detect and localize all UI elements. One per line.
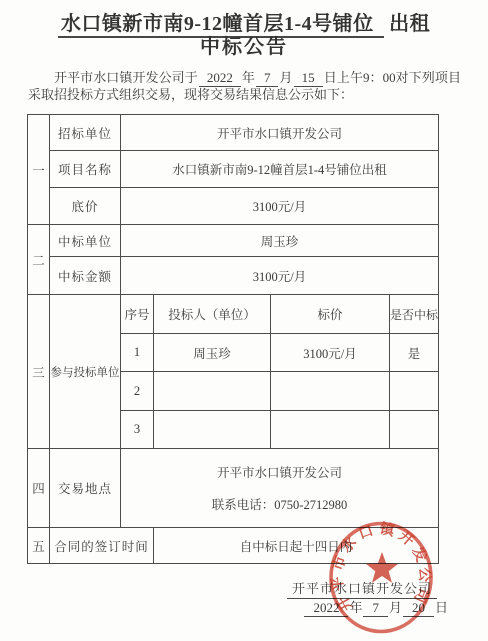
tender-unit-label: 招标单位 — [50, 115, 121, 151]
bidder-2-price — [271, 372, 390, 411]
signature-company: 开平市水口镇开发公司 — [287, 578, 437, 599]
intro-year-value: 2022 — [199, 70, 241, 87]
intro-paragraph: 开平市水口镇开发公司于2022年7月15日上午9：00对下列项目采取招投标方式组… — [28, 70, 461, 103]
intro-day-value: 15 — [294, 70, 323, 87]
signature-day-value: 20 — [403, 600, 434, 617]
section-number-1: 一 — [28, 115, 50, 225]
intro-year-unit: 年 — [242, 70, 255, 85]
signature-month-value: 7 — [363, 600, 388, 617]
contract-signing-time-label: 合同的签订时间 — [50, 528, 154, 564]
signature-day-unit: 日 — [435, 600, 448, 615]
title-project-name: 水口镇新市南9-12幢首层1-4号铺位 — [58, 13, 384, 38]
title-lease-word: 出租 — [389, 13, 430, 35]
tender-unit-value: 开平市水口镇开发公司 — [121, 115, 439, 151]
base-price-label: 底价 — [50, 188, 121, 225]
bid-result-table: 一 招标单位 开平市水口镇开发公司 项目名称 水口镇新市南9-12幢首层1-4号… — [27, 114, 439, 564]
section-number-2: 二 — [28, 225, 50, 295]
section-number-4: 四 — [28, 449, 50, 528]
trade-location-value: 开平市水口镇开发公司 联系电话：0750-2712980 — [121, 449, 439, 528]
project-name-value: 水口镇新市南9-12幢首层1-4号铺位出租 — [121, 151, 439, 188]
trade-location-phone: 联系电话：0750-2712980 — [121, 495, 438, 513]
signature-year-value: 2022 — [304, 600, 348, 617]
table-row: 五 合同的签订时间 自中标日起十四日内 — [28, 528, 439, 564]
table-row: 二 中标单位 周玉珍 — [28, 225, 439, 257]
section-number-3: 三 — [28, 295, 50, 449]
title-line1: 水口镇新市南9-12幢首层1-4号铺位 出租 — [0, 13, 488, 36]
bidder-3-no: 3 — [121, 411, 154, 449]
bidders-header-win: 是否中标 — [390, 295, 439, 334]
table-row: 项目名称 水口镇新市南9-12幢首层1-4号铺位出租 — [28, 151, 439, 188]
table-row: 一 招标单位 开平市水口镇开发公司 — [28, 115, 439, 151]
title-line2: 中标公告 — [0, 36, 488, 59]
winner-unit-value: 周玉珍 — [121, 225, 439, 257]
bidders-header-no: 序号 — [121, 295, 154, 334]
bidder-2-no: 2 — [121, 372, 154, 411]
table-row: 底价 3100元/月 — [28, 188, 439, 225]
section-number-5: 五 — [28, 528, 50, 564]
bidder-1-no: 1 — [121, 334, 154, 372]
table-row: 四 交易地点 开平市水口镇开发公司 联系电话：0750-2712980 — [28, 449, 439, 528]
signature-year-unit: 年 — [349, 600, 362, 615]
intro-text-start: 开平市水口镇开发公司于 — [54, 70, 198, 85]
intro-month-value: 7 — [256, 70, 279, 87]
table-row: 中标金额 3100元/月 — [28, 257, 439, 295]
bidders-section-label: 参与投标单位 — [50, 295, 121, 449]
bid-announcement-document: 水口镇新市南9-12幢首层1-4号铺位 出租 中标公告 开平市水口镇开发公司于2… — [0, 0, 488, 641]
bidder-1-win: 是 — [390, 334, 439, 372]
bidders-header-bidder: 投标人（单位） — [154, 295, 271, 334]
signature-date: 2022年7月20日 — [303, 597, 448, 617]
project-name-label: 项目名称 — [50, 151, 121, 188]
trade-location-company: 开平市水口镇开发公司 — [121, 463, 438, 481]
bidder-2-win — [390, 372, 439, 411]
intro-month-unit: 月 — [279, 70, 292, 85]
base-price-value: 3100元/月 — [121, 188, 439, 225]
bidder-3-name — [154, 411, 271, 449]
bidders-header-price: 标价 — [271, 295, 390, 334]
bidder-2-name — [154, 372, 271, 411]
bidder-3-win — [390, 411, 439, 449]
winning-amount-value: 3100元/月 — [121, 257, 439, 295]
bidder-1-name: 周玉珍 — [154, 334, 271, 372]
signature-month-unit: 月 — [389, 600, 402, 615]
bidder-1-price: 3100元/月 — [271, 334, 390, 372]
contract-signing-time-value: 自中标日起十四日内 — [154, 528, 439, 564]
winner-unit-label: 中标单位 — [50, 225, 121, 257]
winning-amount-label: 中标金额 — [50, 257, 121, 295]
bidder-3-price — [271, 411, 390, 449]
trade-location-label: 交易地点 — [50, 449, 121, 528]
page-title: 水口镇新市南9-12幢首层1-4号铺位 出租 中标公告 — [0, 0, 488, 59]
table-row: 三 参与投标单位 序号 投标人（单位） 标价 是否中标 — [28, 295, 439, 334]
